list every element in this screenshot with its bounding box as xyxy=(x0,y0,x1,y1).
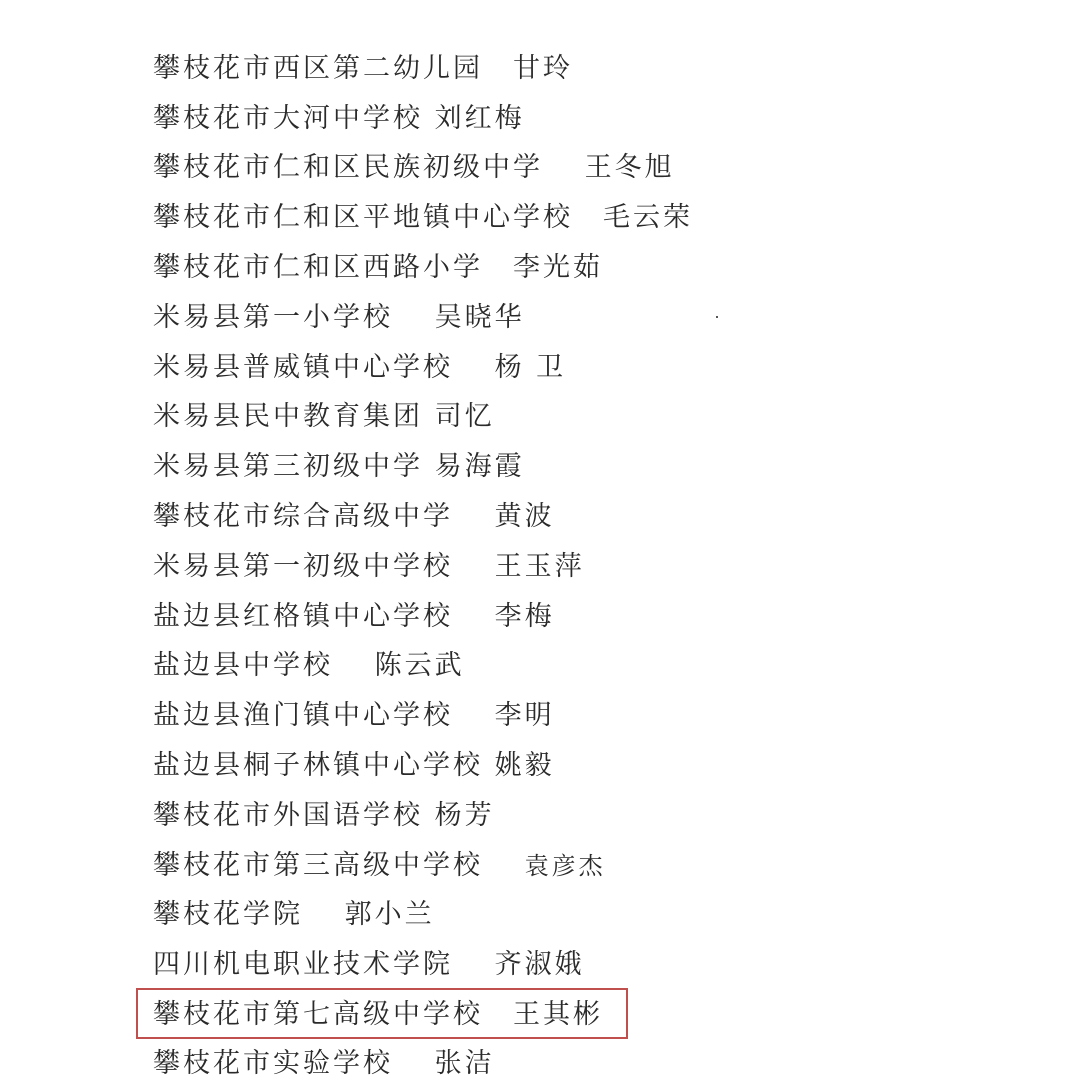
person-name: 杨芳 xyxy=(435,796,495,836)
organization-name: 盐边县桐子林镇中心学校 xyxy=(153,746,483,786)
spacer xyxy=(393,1048,435,1079)
list-item: 米易县民中教育集团 司忆 xyxy=(153,397,495,437)
person-name: 吴晓华 xyxy=(435,298,525,338)
list-item: 盐边县中学校 陈云武 xyxy=(153,646,465,686)
list-item: 攀枝花市实验学校 张洁 xyxy=(153,1044,495,1084)
person-name: 王其彬 xyxy=(513,995,603,1035)
person-name: 陈云武 xyxy=(375,646,465,686)
spacer xyxy=(393,302,435,333)
spacer xyxy=(543,152,585,183)
organization-name: 米易县第一小学校 xyxy=(153,298,393,338)
scan-speck xyxy=(716,316,718,318)
organization-name: 攀枝花市综合高级中学 xyxy=(153,497,453,537)
spacer xyxy=(483,53,513,84)
spacer xyxy=(453,501,495,532)
spacer xyxy=(453,352,495,383)
spacer xyxy=(303,899,345,930)
person-name: 李梅 xyxy=(495,597,555,637)
spacer xyxy=(423,401,435,432)
spacer xyxy=(453,949,495,980)
spacer xyxy=(483,252,513,283)
list-item: 四川机电职业技术学院 齐淑娥 xyxy=(153,945,585,985)
organization-name: 攀枝花市第七高级中学校 xyxy=(153,995,483,1035)
spacer xyxy=(483,999,513,1030)
spacer xyxy=(453,700,495,731)
spacer xyxy=(333,650,375,681)
list-item: 攀枝花市第三高级中学校 袁彦杰 xyxy=(153,846,606,886)
list-item: 盐边县渔门镇中心学校 李明 xyxy=(153,696,555,736)
spacer xyxy=(573,202,603,233)
spacer xyxy=(483,750,495,781)
person-name: 王玉萍 xyxy=(495,547,585,587)
list-item: 米易县第一小学校 吴晓华 xyxy=(153,298,525,338)
list-item: 攀枝花市综合高级中学 黄波 xyxy=(153,497,555,537)
person-name: 李光茹 xyxy=(513,248,603,288)
list-item: 攀枝花学院 郭小兰 xyxy=(153,895,435,935)
spacer xyxy=(453,601,495,632)
organization-name: 盐边县红格镇中心学校 xyxy=(153,597,453,637)
list-item: 米易县第三初级中学 易海霞 xyxy=(153,447,525,487)
organization-name: 攀枝花学院 xyxy=(153,895,303,935)
person-name: 易海霞 xyxy=(435,447,525,487)
spacer xyxy=(423,103,435,134)
document-page: 攀枝花市西区第二幼儿园 甘玲 攀枝花市大河中学校 刘红梅 攀枝花市仁和区民族初级… xyxy=(0,0,1080,1091)
list-item: 攀枝花市仁和区平地镇中心学校 毛云荣 xyxy=(153,198,693,238)
person-name: 姚毅 xyxy=(495,746,555,786)
list-item: 攀枝花市外国语学校 杨芳 xyxy=(153,796,495,836)
spacer xyxy=(483,850,525,881)
spacer xyxy=(423,451,435,482)
list-item: 攀枝花市大河中学校 刘红梅 xyxy=(153,99,525,139)
organization-name: 四川机电职业技术学院 xyxy=(153,945,453,985)
organization-name: 攀枝花市仁和区民族初级中学 xyxy=(153,148,543,188)
organization-name: 米易县第三初级中学 xyxy=(153,447,423,487)
organization-name: 米易县普威镇中心学校 xyxy=(153,348,453,388)
person-name: 齐淑娥 xyxy=(495,945,585,985)
person-name: 刘红梅 xyxy=(435,99,525,139)
person-name: 袁彦杰 xyxy=(525,846,606,886)
list-item: 米易县普威镇中心学校 杨 卫 xyxy=(153,348,566,388)
list-item: 米易县第一初级中学校 王玉萍 xyxy=(153,547,585,587)
organization-name: 米易县民中教育集团 xyxy=(153,397,423,437)
organization-name: 攀枝花市实验学校 xyxy=(153,1044,393,1084)
organization-name: 攀枝花市大河中学校 xyxy=(153,99,423,139)
person-name: 张洁 xyxy=(435,1044,495,1084)
list-item-highlighted: 攀枝花市第七高级中学校 王其彬 xyxy=(153,995,603,1035)
spacer xyxy=(453,551,495,582)
organization-name: 攀枝花市西区第二幼儿园 xyxy=(153,49,483,89)
person-name: 甘玲 xyxy=(513,49,573,89)
organization-name: 攀枝花市第三高级中学校 xyxy=(153,846,483,886)
organization-name: 盐边县渔门镇中心学校 xyxy=(153,696,453,736)
list-item: 攀枝花市仁和区民族初级中学 王冬旭 xyxy=(153,148,675,188)
organization-name: 米易县第一初级中学校 xyxy=(153,547,453,587)
list-item: 盐边县红格镇中心学校 李梅 xyxy=(153,597,555,637)
organization-name: 攀枝花市外国语学校 xyxy=(153,796,423,836)
person-name: 郭小兰 xyxy=(345,895,435,935)
organization-name: 攀枝花市仁和区西路小学 xyxy=(153,248,483,288)
list-item: 攀枝花市西区第二幼儿园 甘玲 xyxy=(153,49,573,89)
organization-name: 盐边县中学校 xyxy=(153,646,333,686)
list-item: 攀枝花市仁和区西路小学 李光茹 xyxy=(153,248,603,288)
person-name: 司忆 xyxy=(435,397,495,437)
list-item: 盐边县桐子林镇中心学校 姚毅 xyxy=(153,746,555,786)
person-name: 李明 xyxy=(495,696,555,736)
person-name: 毛云荣 xyxy=(603,198,693,238)
person-name: 杨 卫 xyxy=(495,348,567,388)
person-name: 黄波 xyxy=(495,497,555,537)
spacer xyxy=(423,800,435,831)
person-name: 王冬旭 xyxy=(585,148,675,188)
organization-name: 攀枝花市仁和区平地镇中心学校 xyxy=(153,198,573,238)
